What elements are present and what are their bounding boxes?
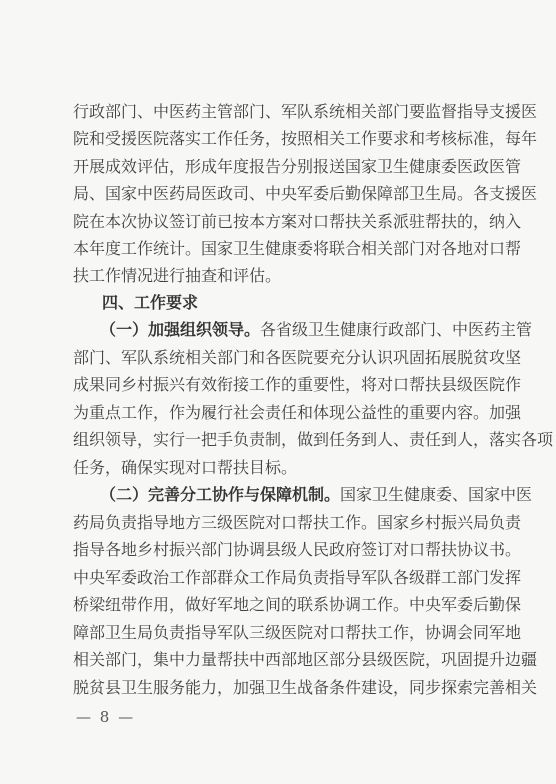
text-line: 障部卫生局负责指导军队三级医院对口帮扶工作，协调会同军地: [73, 623, 481, 643]
text-line: 行政部门、中医药主管部门、军队系统相关部门要监督指导支援医: [73, 102, 481, 122]
text-line: 院在本次协议签订前已按本方案对口帮扶关系派驻帮扶的，纳入: [73, 212, 481, 232]
text-line: 成果同乡村振兴有效衔接工作的重要性，将对口帮扶县级医院作: [73, 375, 481, 395]
text-line: 桥梁纽带作用，做好军地之间的联系协调工作。中央军委后勤保: [73, 595, 481, 615]
section-heading: 四、工作要求: [102, 293, 198, 313]
paragraph-text: 各省级卫生健康行政部门、中医药主管: [260, 320, 532, 339]
paragraph-subhead: （一）加强组织领导。: [100, 320, 260, 339]
paragraph-first-line: （一）加强组织领导。各省级卫生健康行政部门、中医药主管: [100, 320, 481, 340]
text-line: 院和受援医院落实工作任务，按照相关工作要求和考核标准，每年: [73, 129, 481, 149]
paragraph-first-line: （二）完善分工协作与保障机制。国家卫生健康委、国家中医: [100, 485, 481, 505]
text-line: 脱贫县卫生服务能力，加强卫生战备条件建设，同步探索完善相关: [73, 678, 481, 698]
text-line: 为重点工作，作为履行社会责任和体现公益性的重要内容。加强: [73, 403, 481, 423]
paragraph-text: 国家卫生健康委、国家中医: [340, 485, 532, 504]
document-page: 行政部门、中医药主管部门、军队系统相关部门要监督指导支援医 院和受援医院落实工作…: [0, 0, 556, 784]
text-line: 组织领导，实行一把手负责制，做到任务到人、责任到人，落实各项: [73, 430, 481, 450]
page-number: — 8 —: [76, 708, 135, 726]
text-line: 指导各地乡村振兴部门协调县级人民政府签订对口帮扶协议书。: [73, 540, 481, 560]
text-line: 本年度工作统计。国家卫生健康委将联合相关部门对各地对口帮: [73, 239, 481, 259]
text-line: 相关部门，集中力量帮扶中西部地区部分县级医院，巩固提升边疆: [73, 650, 481, 670]
text-line: 任务，确保实现对口帮扶目标。: [73, 458, 481, 478]
text-line: 部门、军队系统相关部门和各医院要充分认识巩固拓展脱贫攻坚: [73, 348, 481, 368]
text-line: 中央军委政治工作部群众工作局负责指导军队各级群工部门发挥: [73, 568, 481, 588]
paragraph-subhead: （二）完善分工协作与保障机制。: [100, 485, 340, 504]
text-line: 开展成效评估，形成年度报告分别报送国家卫生健康委医政医管: [73, 157, 481, 177]
text-line: 局、国家中医药局医政司、中央军委后勤保障部卫生局。各支援医: [73, 184, 481, 204]
text-line: 扶工作情况进行抽查和评估。: [73, 266, 481, 286]
text-line: 药局负责指导地方三级医院对口帮扶工作。国家乡村振兴局负责: [73, 513, 481, 533]
